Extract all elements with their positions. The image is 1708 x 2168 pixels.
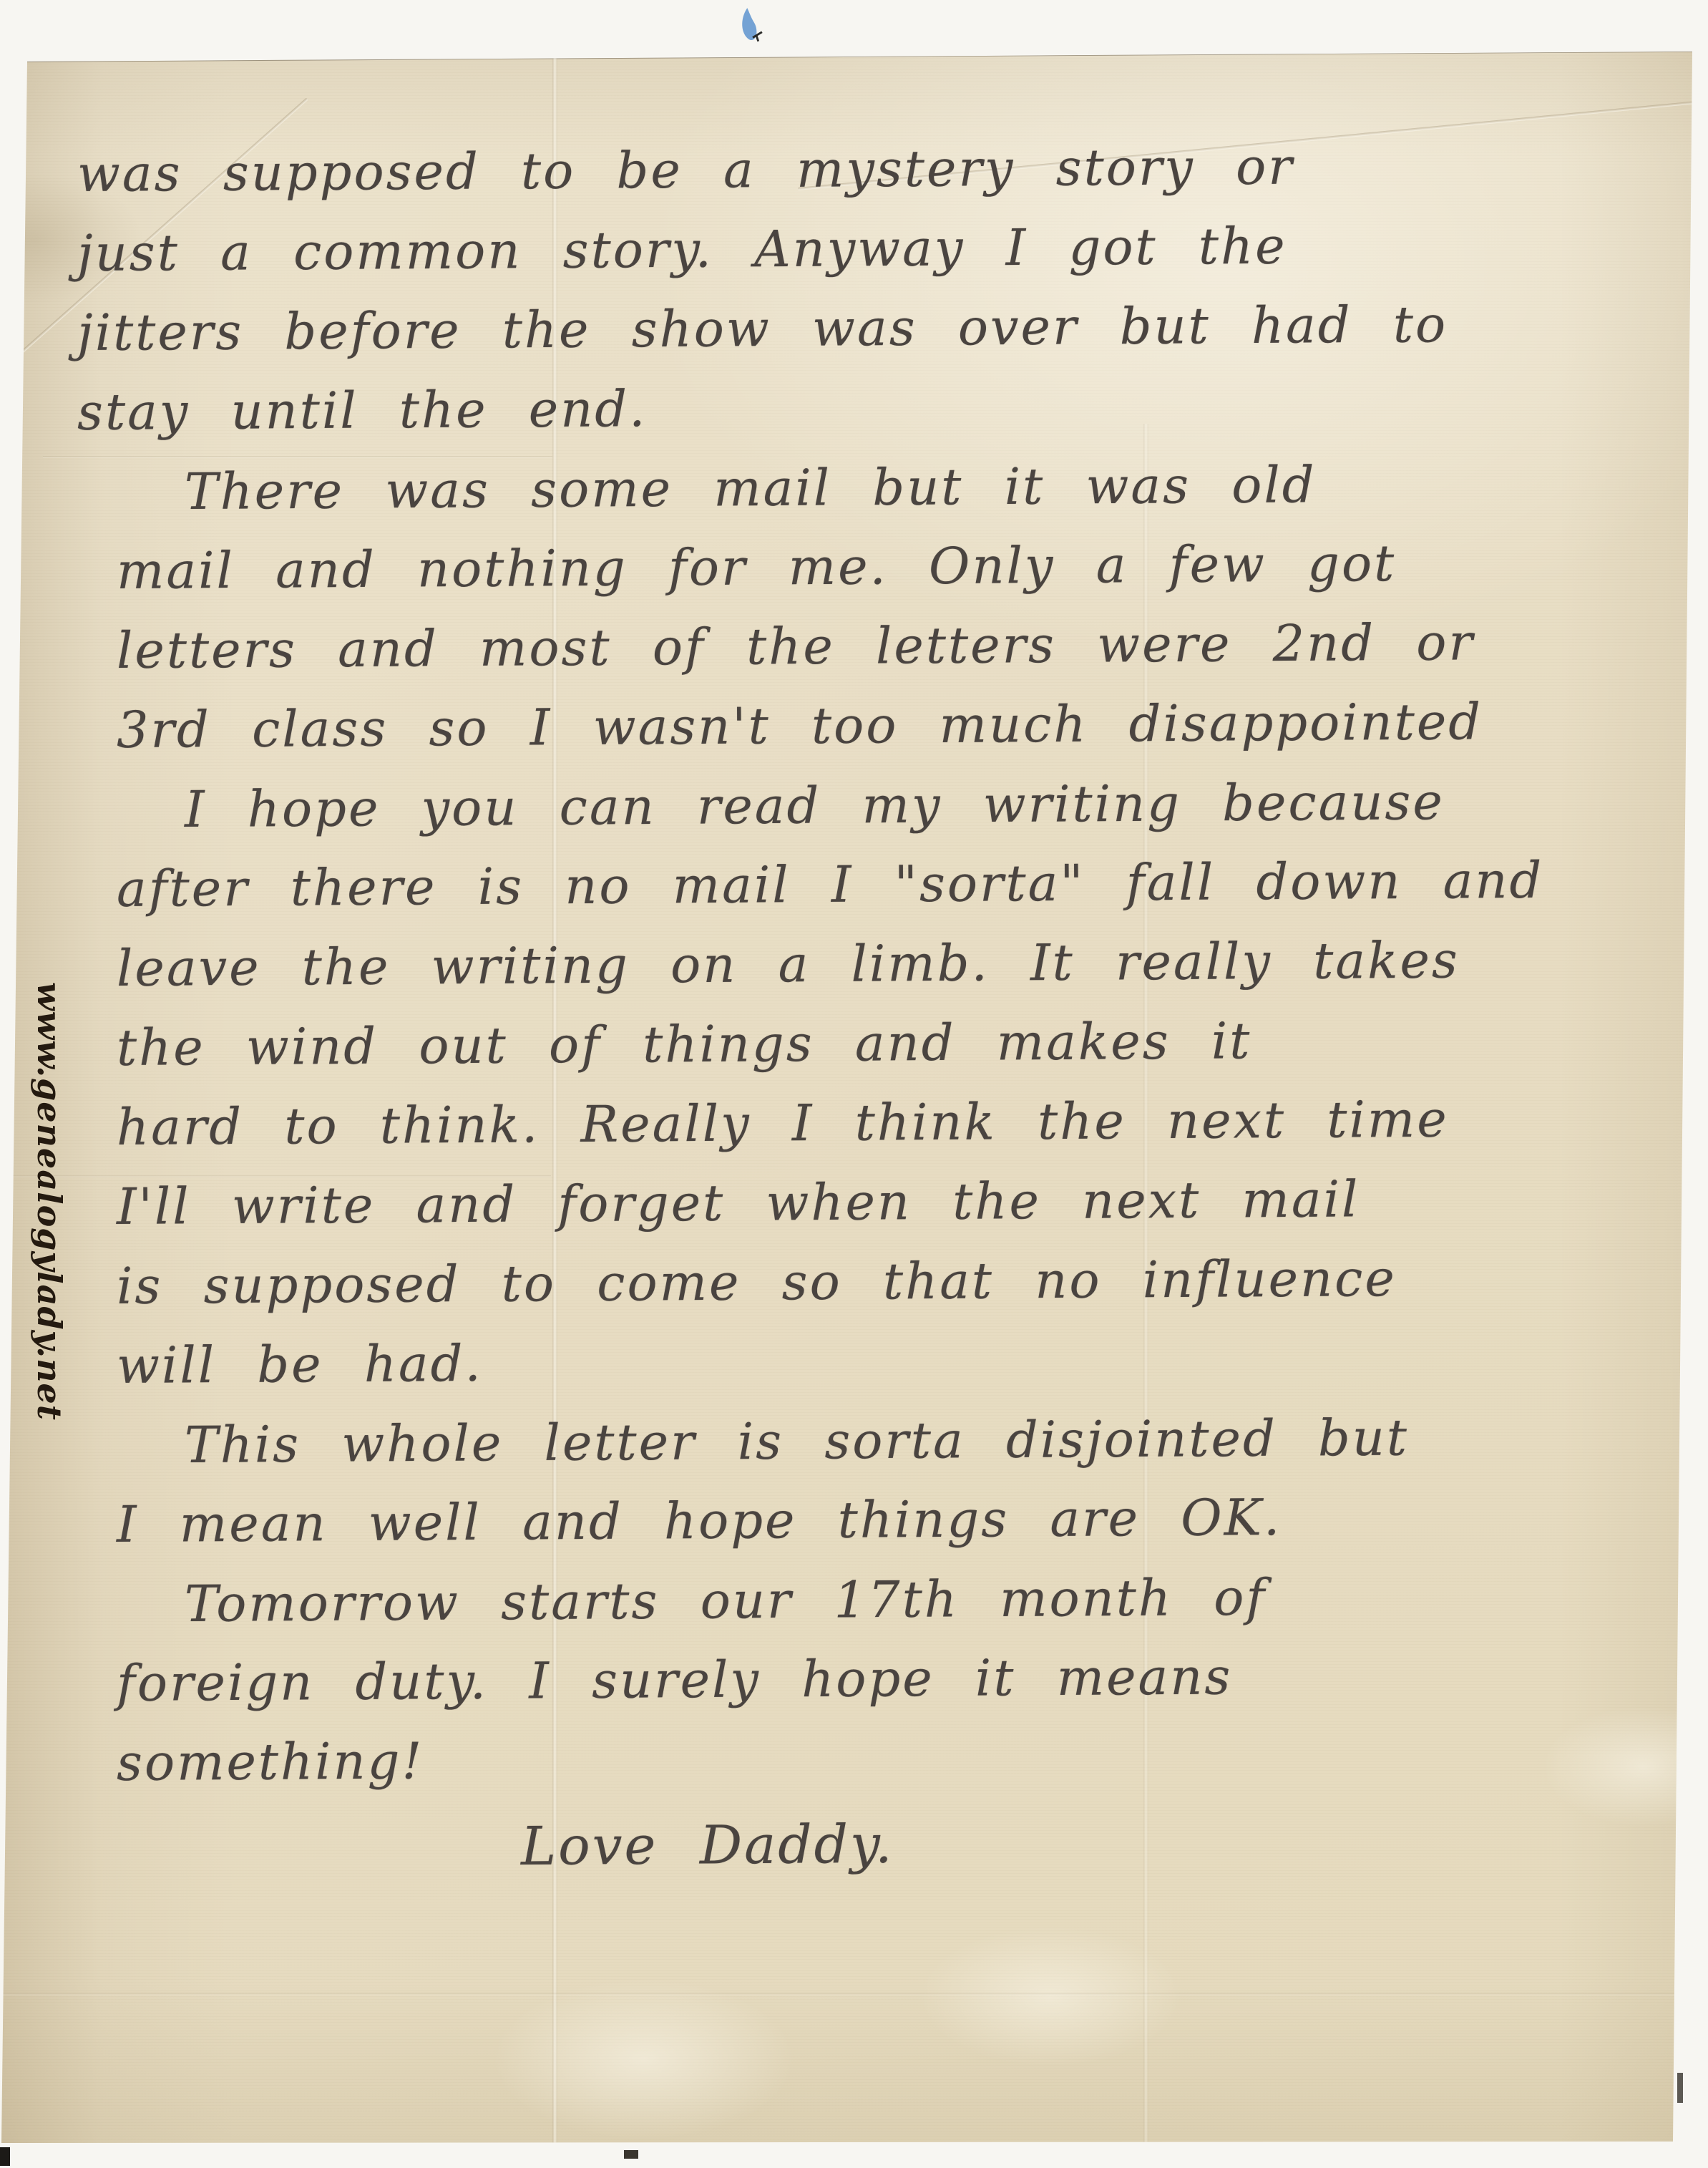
handwritten-line: just a common story. Anyway I got the <box>77 205 1616 293</box>
handwritten-line: is supposed to come so that no influence <box>117 1238 1616 1326</box>
handwritten-line: I hope you can read my writing because <box>185 762 1616 850</box>
handwritten-line: mail and nothing for me. Only a few got <box>117 522 1616 611</box>
handwritten-line: foreign duty. I surely hope it means <box>117 1635 1616 1724</box>
handwritten-line: the wind out of things and makes it <box>117 999 1616 1088</box>
handwritten-line: after there is no mail I "sorta" fall do… <box>117 840 1616 929</box>
horizontal-crease-bottom <box>0 1993 1694 1996</box>
watermark-text: www.genealogylady.net <box>30 982 69 1421</box>
handwritten-line: leave the writing on a limb. It really t… <box>117 920 1616 1008</box>
handwritten-line: letters and most of the letters were 2nd… <box>117 602 1616 691</box>
scan-edge-artifact <box>1677 2073 1683 2103</box>
handwritten-line: stay until the end. <box>77 364 1616 452</box>
handwritten-line: hard to think. Really I think the next t… <box>117 1079 1616 1167</box>
handwritten-line: I'll write and forget when the next mail <box>117 1158 1616 1247</box>
handwritten-line: was supposed to be a mystery story or <box>77 125 1616 214</box>
handwritten-line: jitters before the show was over but had… <box>77 284 1616 373</box>
handwritten-line: 3rd class so I wasn't too much disappoin… <box>117 681 1616 770</box>
signature-line: Love Daddy. <box>521 1801 1616 1887</box>
blue-ink-mark <box>734 4 771 49</box>
handwritten-line: something! <box>117 1714 1616 1803</box>
handwritten-line: I mean well and hope things are OK. <box>117 1476 1616 1565</box>
handwritten-line: This whole letter is sorta disjointed bu… <box>185 1397 1616 1485</box>
handwritten-line: There was some mail but it was old <box>185 444 1616 532</box>
scan-edge-artifact <box>624 2150 638 2159</box>
letter-paper: www.genealogylady.net was supposed to be… <box>0 52 1694 2143</box>
letter-body: was supposed to be a mystery story or ju… <box>77 135 1616 1887</box>
scan-edge-artifact <box>0 2147 10 2166</box>
scanned-letter-page: www.genealogylady.net was supposed to be… <box>0 0 1708 2168</box>
paper-top-edge-shadow <box>21 50 1692 62</box>
handwritten-line: will be had. <box>117 1317 1616 1406</box>
handwritten-line: Tomorrow starts our 17th month of <box>185 1556 1616 1644</box>
